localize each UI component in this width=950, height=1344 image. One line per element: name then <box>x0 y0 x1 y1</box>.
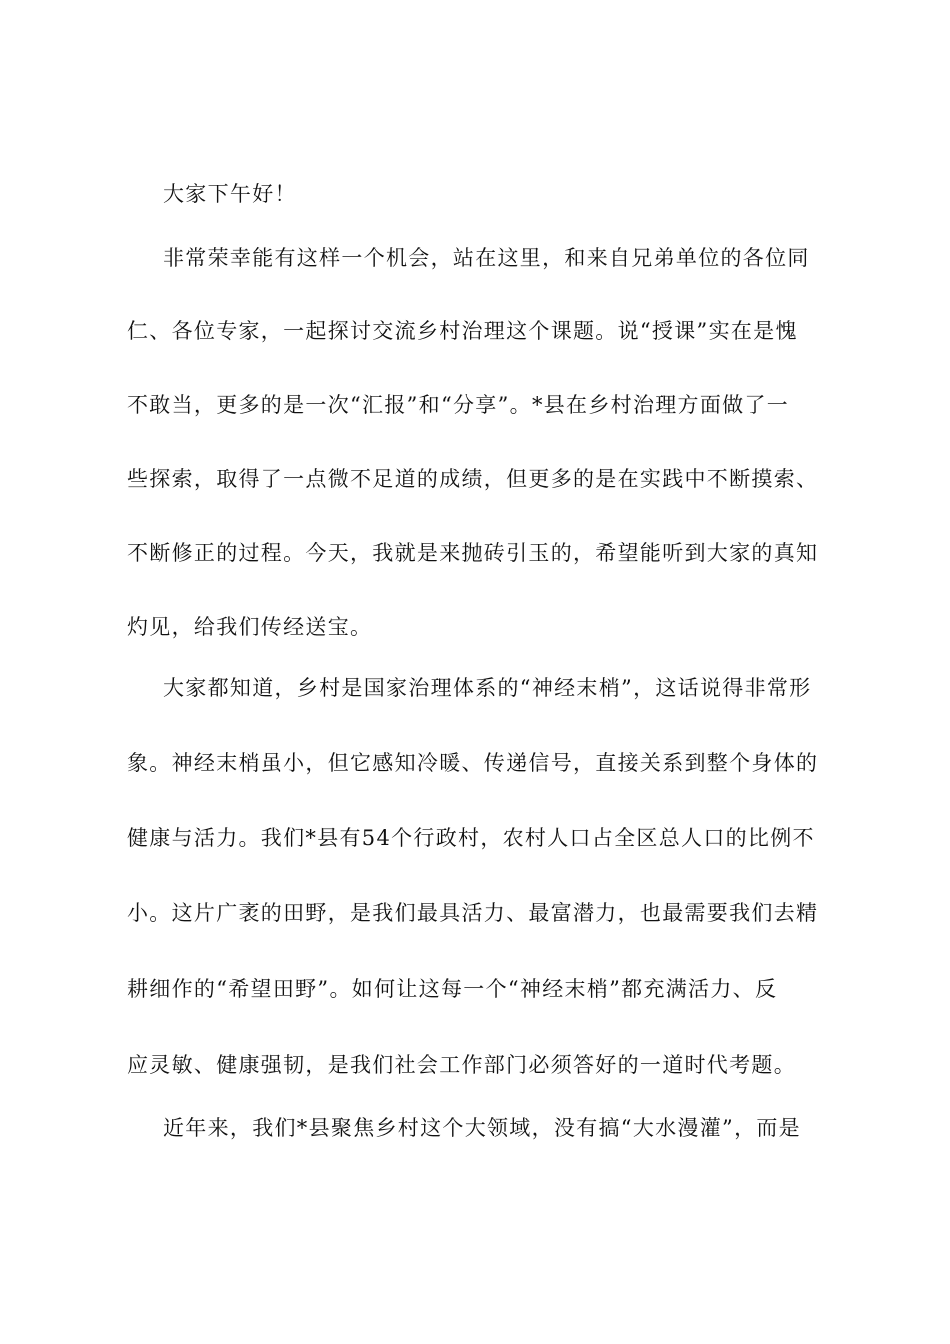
paragraph-2-line-3: 不敢当，更多的是一次“汇报”和“分享”。*县在乡村治理方面做了一 <box>127 393 789 417</box>
paragraph-2-line-6: 灼见，给我们传经送宝。 <box>127 615 372 639</box>
paragraph-3-line-2: 象。神经末梢虽小，但它感知冷暖、传递信号，直接关系到整个身体的 <box>127 751 818 775</box>
paragraph-3-line-1: 大家都知道，乡村是国家治理体系的“神经末梢”，这话说得非常形 <box>163 676 811 700</box>
paragraph-2-line-5: 不断修正的过程。今天，我就是来抛砖引玉的，希望能听到大家的真知 <box>127 541 818 565</box>
paragraph-3-line-6: 应灵敏、健康强韧，是我们社会工作部门必须答好的一道时代考题。 <box>127 1053 796 1077</box>
paragraph-3-line-4: 小。这片广袤的田野，是我们最具活力、最富潜力，也最需要我们去精 <box>127 901 818 925</box>
paragraph-2-line-2: 仁、各位专家，一起探讨交流乡村治理这个课题。说“授课”实在是愧 <box>127 319 798 343</box>
document-page: 大家下午好！ 非常荣幸能有这样一个机会，站在这里，和来自兄弟单位的各位同 仁、各… <box>0 0 950 1344</box>
paragraph-3-line-3: 健康与活力。我们*县有54个行政村，农村人口占全区总人口的比例不 <box>127 826 815 850</box>
paragraph-1-line-1: 大家下午好！ <box>163 182 297 206</box>
paragraph-3-line-5: 耕细作的“希望田野”。如何让这每一个“神经末梢”都充满活力、反 <box>127 977 777 1001</box>
paragraph-2-line-4: 些探索，取得了一点微不足道的成绩，但更多的是在实践中不断摸索、 <box>127 467 818 491</box>
paragraph-4-line-1: 近年来，我们*县聚焦乡村这个大领域，没有搞“大水漫灌”，而是 <box>163 1116 801 1140</box>
paragraph-2-line-1: 非常荣幸能有这样一个机会，站在这里，和来自兄弟单位的各位同 <box>163 246 810 270</box>
